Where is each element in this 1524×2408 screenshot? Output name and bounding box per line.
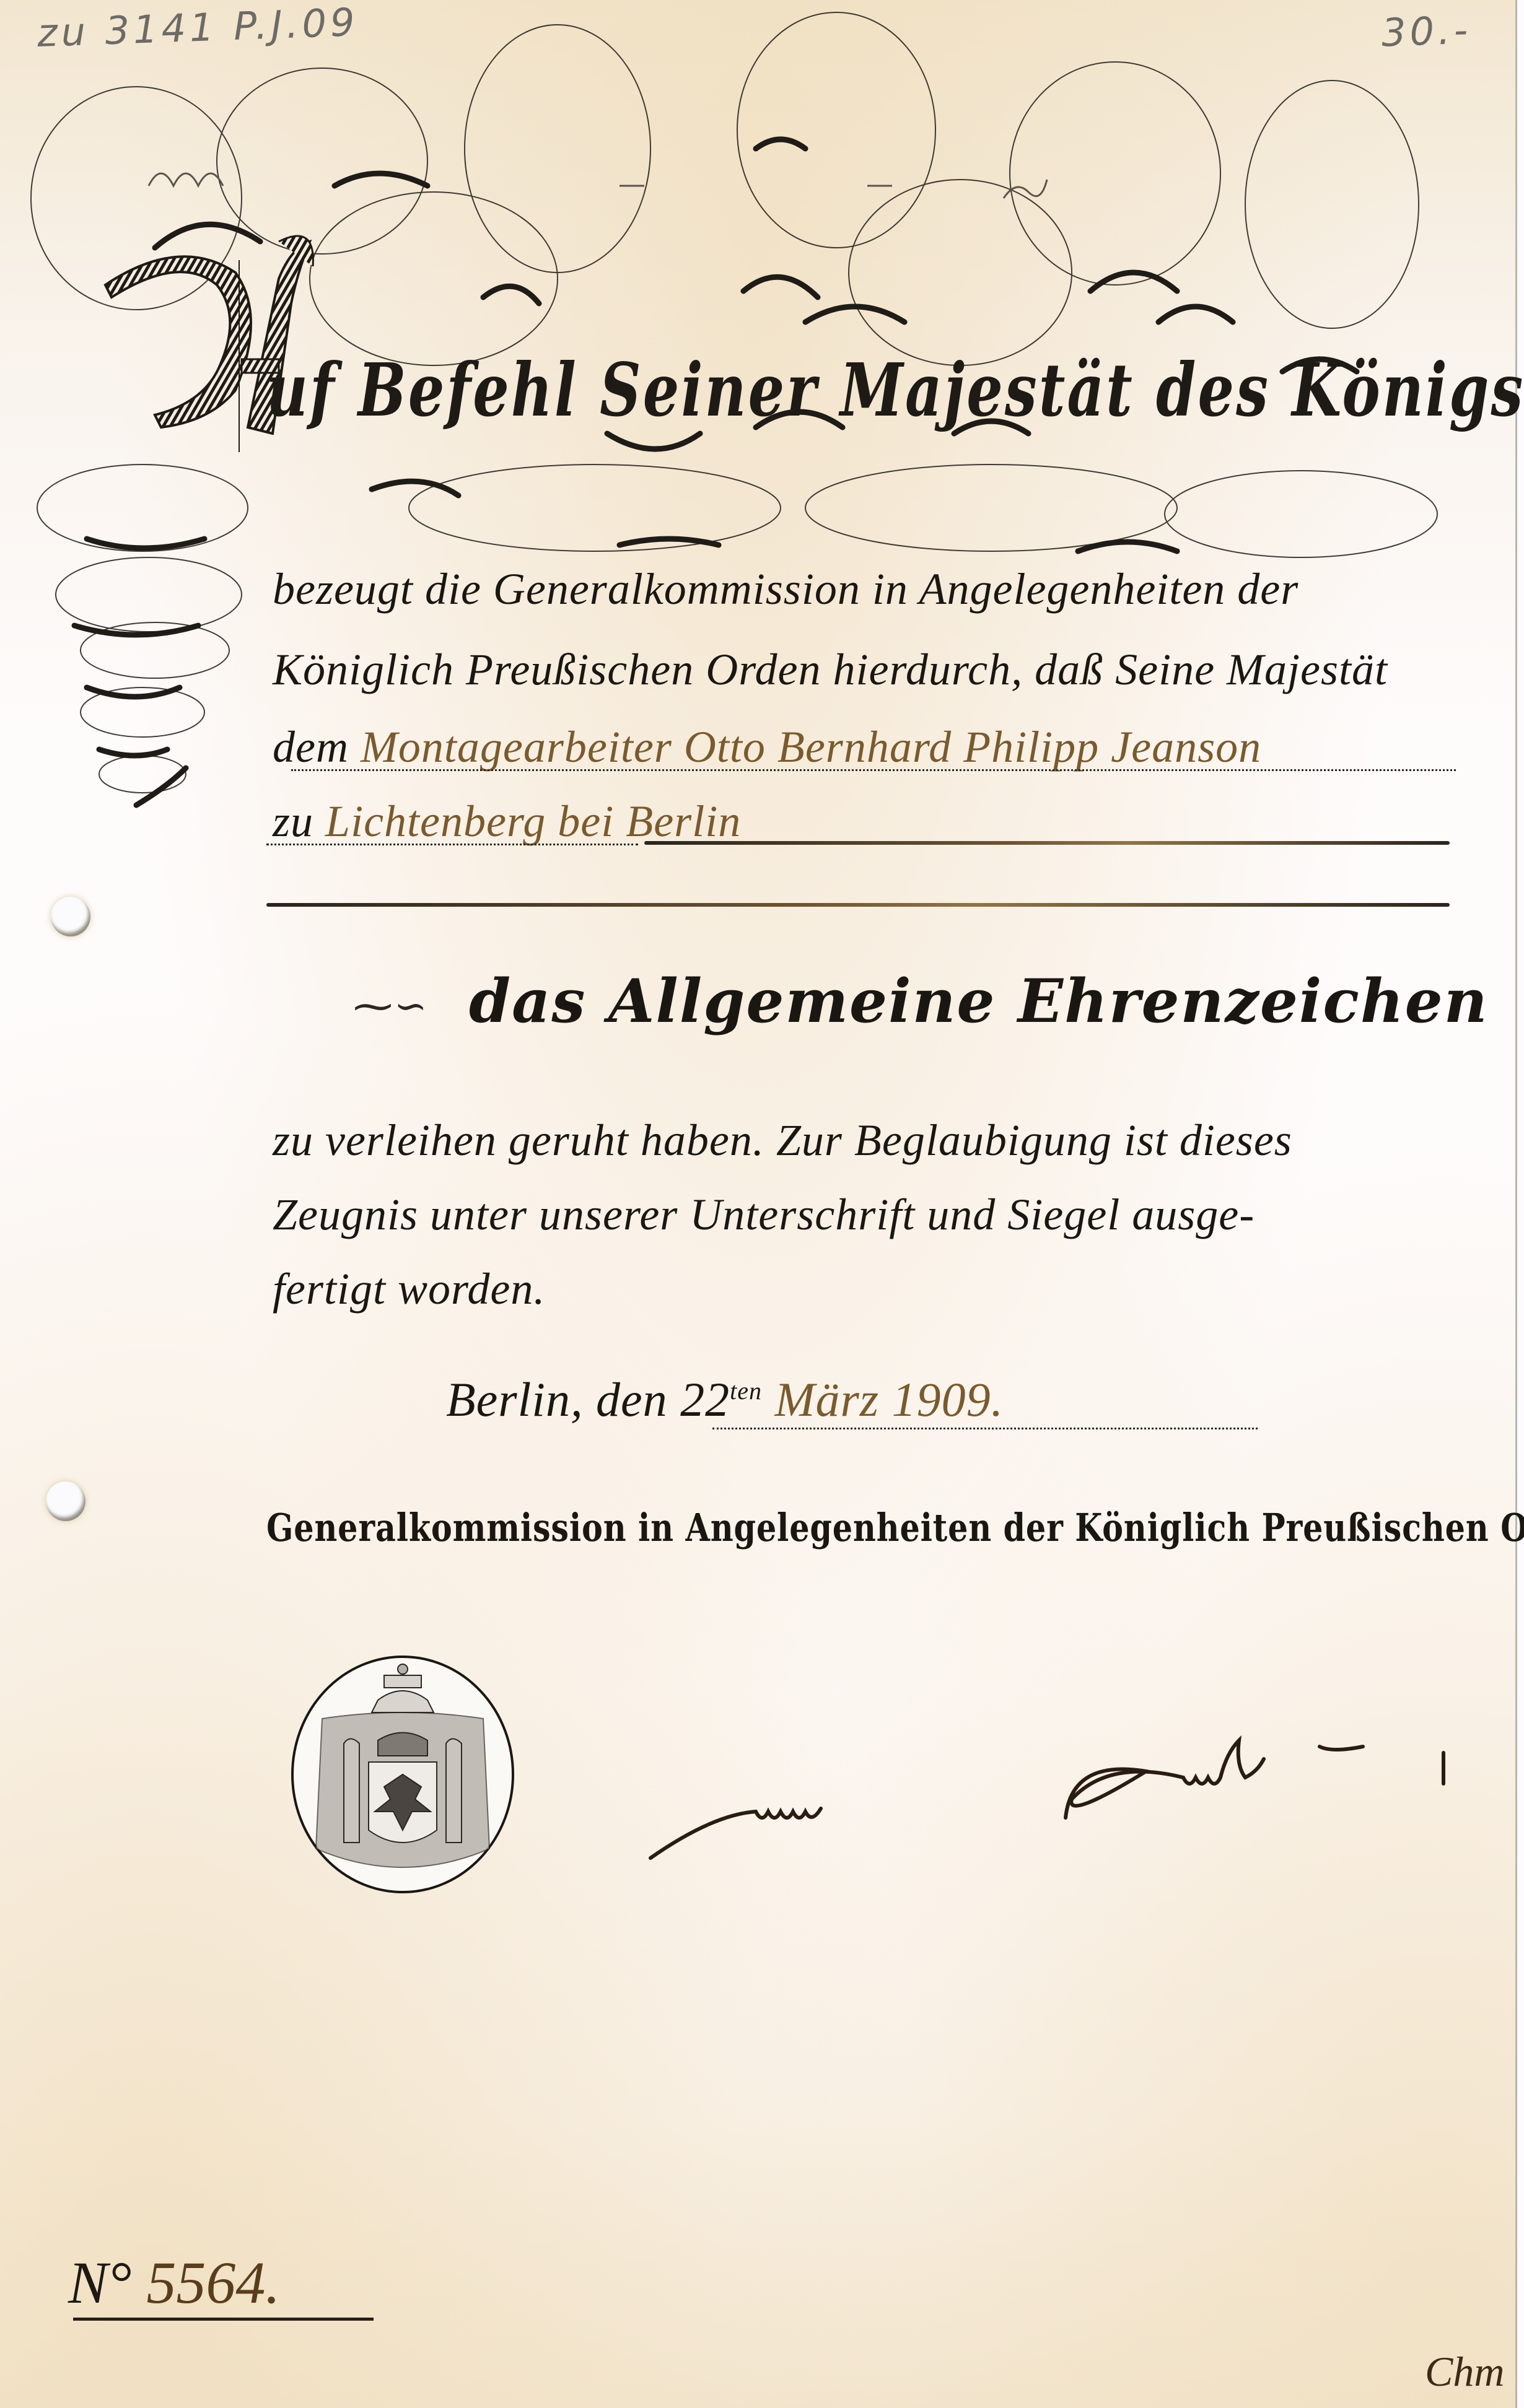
title-text: uf Befehl Seiner Majestät des Königs (266, 347, 1524, 433)
closing-line-1: zu verleihen geruht haben. Zur Beglaubig… (273, 1115, 1292, 1166)
pencil-note-price: 30.- (1381, 7, 1472, 55)
award-title: ⁓∽ das Allgemeine Ehrenzeichen ∽⁓ (335, 966, 1357, 1036)
award-name: das Allgemeine Ehrenzeichen (469, 966, 1488, 1036)
date-line: Berlin, den 22ten März 1909. (446, 1372, 1004, 1428)
place-fill-line (266, 844, 638, 845)
calligraphic-flourish-ornament (0, 0, 1515, 929)
date-day: 22 (680, 1372, 730, 1426)
body-line-3: dem Montagearbeiter Otto Bernhard Philip… (273, 722, 1261, 773)
issuing-authority: Generalkommission in Angelegenheiten der… (266, 1505, 1257, 1550)
recipient-name: Montagearbeiter Otto Bernhard Philipp Je… (361, 722, 1261, 772)
recipient-place: Lichtenberg bei Berlin (325, 796, 741, 846)
blank-fill-rule (266, 903, 1450, 907)
registry-number-label: N° (68, 2249, 131, 2316)
right-swash-ornament: ∽⁓ (1510, 984, 1524, 1029)
body-line-1: bezeugt die Generalkommission in Angeleg… (273, 564, 1298, 615)
date-day-suffix: ten (730, 1377, 762, 1405)
date-month-year: März 1909. (774, 1372, 1004, 1426)
place-prefix: zu (273, 796, 313, 846)
body-line-4: zu Lichtenberg bei Berlin (273, 796, 741, 847)
certificate-title: A uf Befehl Seiner Majestät des Königs (266, 347, 1175, 433)
certificate-paper: zu 3141 P.J.09 30.- (0, 0, 1517, 2408)
recipient-prefix: dem (273, 722, 349, 772)
date-fill-line (712, 1428, 1258, 1429)
registry-number-underline (73, 2318, 374, 2321)
body-line-2: Königlich Preußischen Orden hierdurch, d… (273, 644, 1388, 696)
left-swash-ornament: ⁓∽ (335, 984, 447, 1029)
recipient-fill-line (291, 769, 1456, 771)
official-signature: von Zieten(?) (638, 1709, 1481, 1864)
date-place-prefix: Berlin, den (446, 1372, 668, 1426)
pencil-note-reference: zu 3141 P.J.09 (37, 0, 359, 56)
registry-number: N° 5564. (68, 2248, 280, 2317)
royal-coat-of-arms-seal (285, 1651, 520, 1898)
clerk-initials: Chm (1425, 2347, 1504, 2396)
place-fill-rule (644, 841, 1450, 845)
punch-hole-upper (51, 897, 90, 936)
registry-number-value: 5564. (146, 2249, 280, 2316)
closing-line-3: fertigt worden. (273, 1263, 545, 1315)
punch-hole-lower (46, 1481, 85, 1521)
closing-line-2: Zeugnis unter unserer Unterschrift und S… (273, 1189, 1255, 1241)
